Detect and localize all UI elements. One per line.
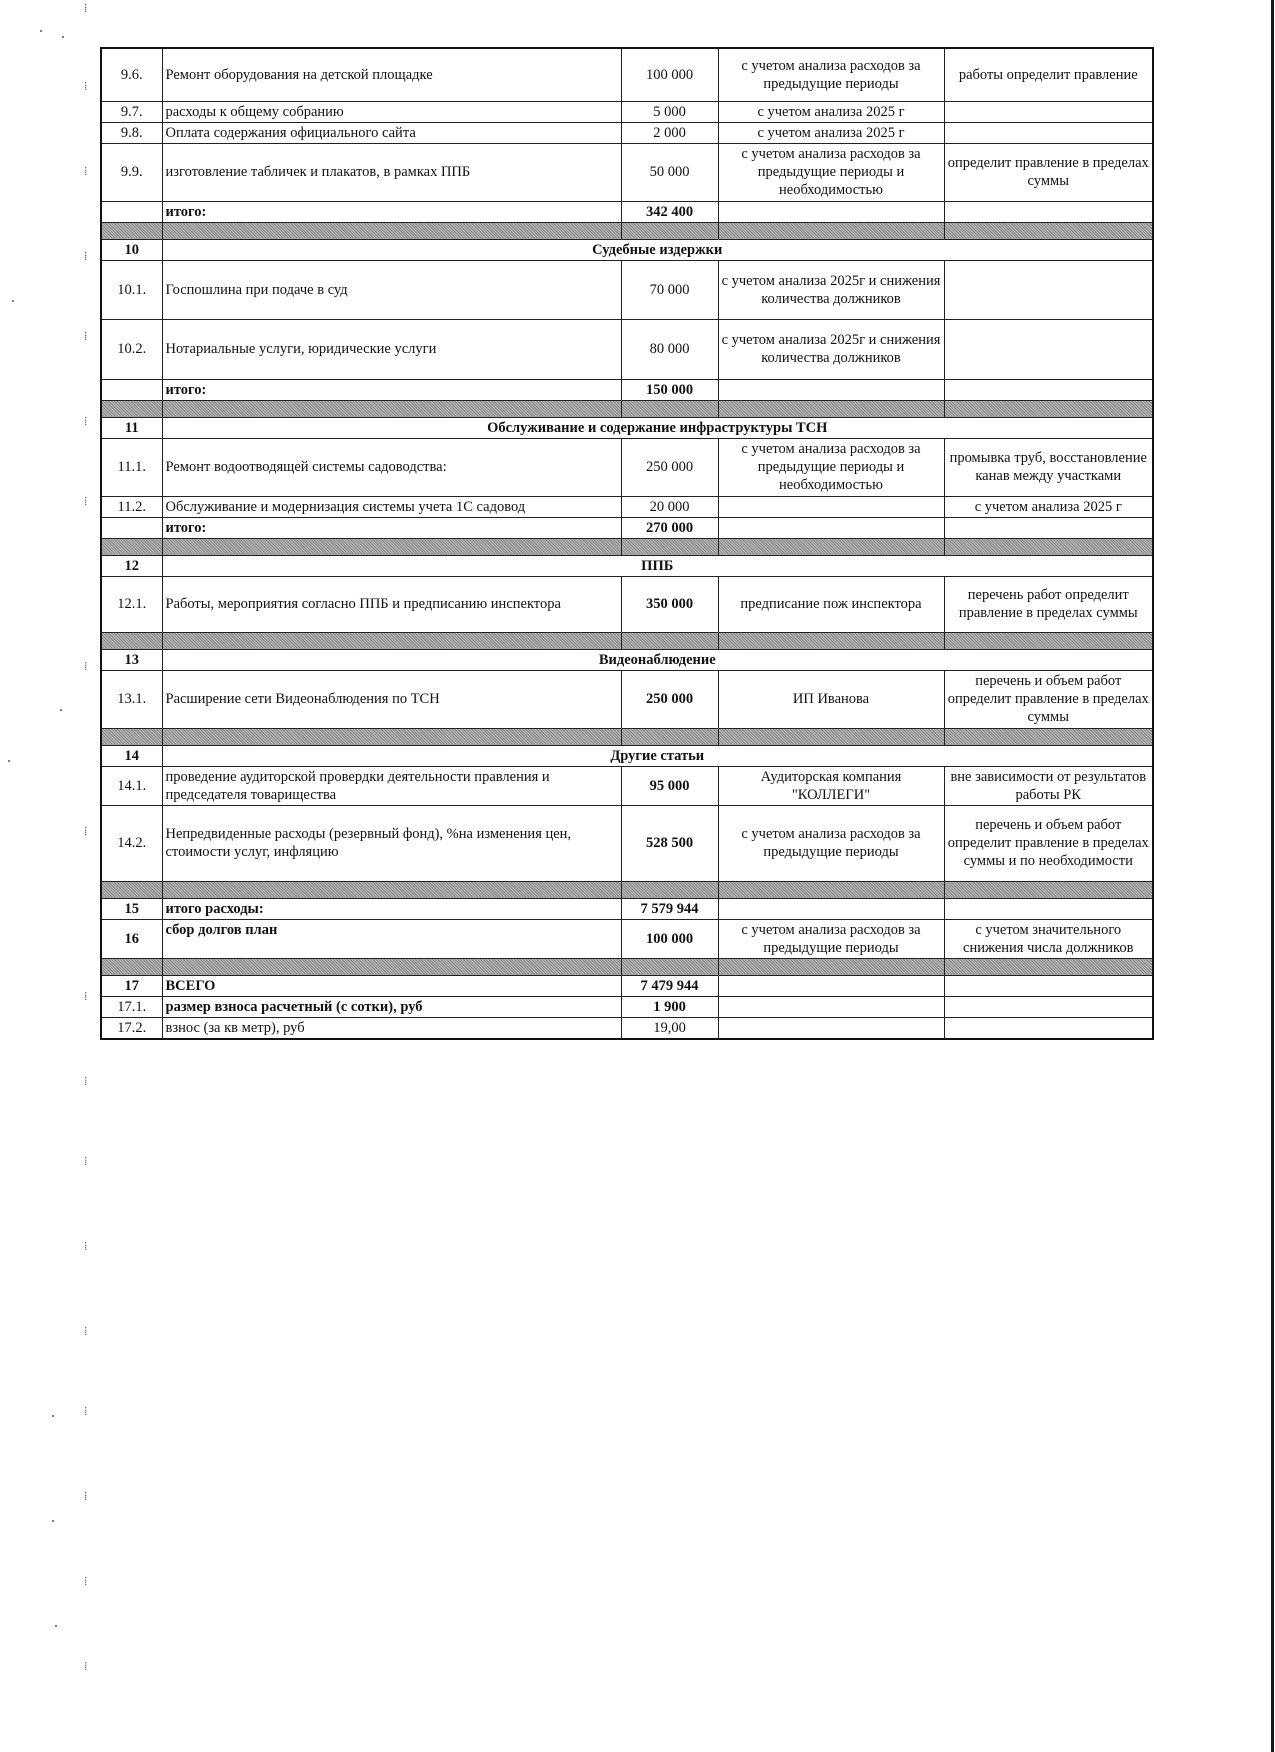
scan-artifact: ⁞ bbox=[84, 1155, 89, 1167]
item-note bbox=[944, 319, 1153, 379]
shaded-cell bbox=[101, 728, 162, 745]
item-basis bbox=[718, 379, 944, 400]
budget-table-body: 9.6.Ремонт оборудования на детской площа… bbox=[101, 48, 1153, 1039]
scan-artifact: ⁞ bbox=[84, 990, 89, 1002]
item-name: итого: bbox=[162, 379, 621, 400]
subtotal-row: итого:342 400 bbox=[101, 201, 1153, 222]
item-note bbox=[944, 379, 1153, 400]
item-name: ВСЕГО bbox=[162, 975, 621, 996]
table-row: 11.1.Ремонт водоотводящей системы садово… bbox=[101, 438, 1153, 496]
item-basis: с учетом анализа 2025 г bbox=[718, 122, 944, 143]
item-basis bbox=[718, 996, 944, 1017]
item-amount: 2 000 bbox=[621, 122, 718, 143]
subtotal-row: итого:270 000 bbox=[101, 517, 1153, 538]
section-header-row: 12ППБ bbox=[101, 555, 1153, 576]
shaded-separator-row bbox=[101, 538, 1153, 555]
shaded-cell bbox=[944, 632, 1153, 649]
summary-row: 15итого расходы:7 579 944 bbox=[101, 898, 1153, 919]
item-amount: 20 000 bbox=[621, 496, 718, 517]
shaded-cell bbox=[718, 632, 944, 649]
shaded-cell bbox=[101, 538, 162, 555]
item-note: перечень и объем работ определит правлен… bbox=[944, 670, 1153, 728]
item-basis: Аудиторская компания "КОЛЛЕГИ" bbox=[718, 766, 944, 805]
scan-artifact: ⁞ bbox=[84, 1405, 89, 1417]
item-amount: 80 000 bbox=[621, 319, 718, 379]
shaded-cell bbox=[621, 632, 718, 649]
shaded-cell bbox=[718, 538, 944, 555]
item-amount: 528 500 bbox=[621, 805, 718, 881]
item-note bbox=[944, 517, 1153, 538]
item-basis: с учетом анализа расходов за предыдущие … bbox=[718, 805, 944, 881]
item-note: перечень и объем работ определит правлен… bbox=[944, 805, 1153, 881]
item-note bbox=[944, 975, 1153, 996]
item-amount: 342 400 bbox=[621, 201, 718, 222]
shaded-cell bbox=[101, 958, 162, 975]
scan-artifact: ⁞ bbox=[84, 165, 89, 177]
scan-artifact: ⁞ bbox=[84, 1490, 89, 1502]
row-number: 17.2. bbox=[101, 1017, 162, 1039]
shaded-cell bbox=[718, 222, 944, 239]
shaded-separator-row bbox=[101, 728, 1153, 745]
row-number: 17.1. bbox=[101, 996, 162, 1017]
item-amount: 100 000 bbox=[621, 48, 718, 101]
item-name: итого: bbox=[162, 201, 621, 222]
item-note: вне зависимости от результатов работы РК bbox=[944, 766, 1153, 805]
table-row: 9.8.Оплата содержания официального сайта… bbox=[101, 122, 1153, 143]
row-number: 12.1. bbox=[101, 576, 162, 632]
item-basis bbox=[718, 517, 944, 538]
table-row: 9.6.Ремонт оборудования на детской площа… bbox=[101, 48, 1153, 101]
summary-row: 17.1.размер взноса расчетный (с сотки), … bbox=[101, 996, 1153, 1017]
item-amount: 7 579 944 bbox=[621, 898, 718, 919]
scan-speck bbox=[60, 709, 62, 711]
item-amount: 150 000 bbox=[621, 379, 718, 400]
item-amount: 7 479 944 bbox=[621, 975, 718, 996]
item-note: с учетом анализа 2025 г bbox=[944, 496, 1153, 517]
table-row: 14.1.проведение аудиторской провердки де… bbox=[101, 766, 1153, 805]
shaded-cell bbox=[944, 958, 1153, 975]
table-row: 10.1.Госпошлина при подаче в суд70 000с … bbox=[101, 260, 1153, 319]
item-amount: 250 000 bbox=[621, 438, 718, 496]
shaded-cell bbox=[621, 958, 718, 975]
section-number: 13 bbox=[101, 649, 162, 670]
summary-row: 16сбор долгов план100 000с учетом анализ… bbox=[101, 919, 1153, 958]
shaded-cell bbox=[621, 881, 718, 898]
shaded-cell bbox=[162, 728, 621, 745]
scan-artifact: ⁞ bbox=[84, 495, 89, 507]
item-amount: 250 000 bbox=[621, 670, 718, 728]
row-number: 15 bbox=[101, 898, 162, 919]
item-basis bbox=[718, 201, 944, 222]
scan-artifact: ⁞ bbox=[84, 1575, 89, 1587]
table-row: 9.7.расходы к общему собранию5 000с учет… bbox=[101, 101, 1153, 122]
scan-speck bbox=[40, 30, 42, 32]
scan-artifact: ⁞ bbox=[84, 825, 89, 837]
section-title: Видеонаблюдение bbox=[162, 649, 1153, 670]
scan-artifact: ⁞ bbox=[84, 415, 89, 427]
shaded-cell bbox=[621, 538, 718, 555]
item-name: Оплата содержания официального сайта bbox=[162, 122, 621, 143]
item-note bbox=[944, 1017, 1153, 1039]
shaded-separator-row bbox=[101, 222, 1153, 239]
section-title: Обслуживание и содержание инфраструктуры… bbox=[162, 417, 1153, 438]
table-row: 12.1.Работы, мероприятия согласно ППБ и … bbox=[101, 576, 1153, 632]
item-note bbox=[944, 996, 1153, 1017]
shaded-cell bbox=[162, 222, 621, 239]
shaded-cell bbox=[621, 222, 718, 239]
item-basis: с учетом анализа 2025г и снижения количе… bbox=[718, 319, 944, 379]
section-number: 11 bbox=[101, 417, 162, 438]
item-basis: с учетом анализа расходов за предыдущие … bbox=[718, 438, 944, 496]
item-basis: предписание пож инспектора bbox=[718, 576, 944, 632]
section-header-row: 14Другие статьи bbox=[101, 745, 1153, 766]
row-number: 16 bbox=[101, 919, 162, 958]
shaded-cell bbox=[101, 632, 162, 649]
item-name: размер взноса расчетный (с сотки), руб bbox=[162, 996, 621, 1017]
item-note: работы определит правление bbox=[944, 48, 1153, 101]
item-name: взнос (за кв метр), руб bbox=[162, 1017, 621, 1039]
section-title: Судебные издержки bbox=[162, 239, 1153, 260]
shaded-cell bbox=[162, 632, 621, 649]
scan-page-edge bbox=[1271, 0, 1274, 1752]
scan-speck bbox=[8, 760, 10, 762]
row-number: 9.7. bbox=[101, 101, 162, 122]
shaded-cell bbox=[101, 222, 162, 239]
scan-speck bbox=[62, 36, 64, 38]
scan-speck bbox=[52, 1520, 54, 1522]
item-note bbox=[944, 101, 1153, 122]
shaded-cell bbox=[101, 881, 162, 898]
scan-artifact: ⁞ bbox=[84, 1660, 89, 1672]
scan-speck bbox=[55, 1625, 57, 1627]
item-name: расходы к общему собранию bbox=[162, 101, 621, 122]
item-basis bbox=[718, 898, 944, 919]
row-number bbox=[101, 201, 162, 222]
item-name: Непредвиденные расходы (резервный фонд),… bbox=[162, 805, 621, 881]
shaded-cell bbox=[621, 728, 718, 745]
scan-speck bbox=[12, 300, 14, 302]
shaded-cell bbox=[718, 881, 944, 898]
scan-artifact: ⁞ bbox=[84, 1075, 89, 1087]
item-note: с учетом значительного снижения числа до… bbox=[944, 919, 1153, 958]
row-number: 10.2. bbox=[101, 319, 162, 379]
item-name: Госпошлина при подаче в суд bbox=[162, 260, 621, 319]
scan-artifact: ⁞ bbox=[84, 250, 89, 262]
row-number bbox=[101, 517, 162, 538]
row-number: 13.1. bbox=[101, 670, 162, 728]
item-name: Нотариальные услуги, юридические услуги bbox=[162, 319, 621, 379]
scan-artifact: ⁞ bbox=[84, 330, 89, 342]
item-basis: с учетом анализа 2025 г bbox=[718, 101, 944, 122]
item-amount: 350 000 bbox=[621, 576, 718, 632]
item-amount: 95 000 bbox=[621, 766, 718, 805]
shaded-cell bbox=[944, 728, 1153, 745]
table-row: 14.2.Непредвиденные расходы (резервный ф… bbox=[101, 805, 1153, 881]
section-header-row: 10Судебные издержки bbox=[101, 239, 1153, 260]
row-number bbox=[101, 379, 162, 400]
item-name: Ремонт водоотводящей системы садоводства… bbox=[162, 438, 621, 496]
shaded-cell bbox=[944, 222, 1153, 239]
table-row: 13.1.Расширение сети Видеонаблюдения по … bbox=[101, 670, 1153, 728]
shaded-cell bbox=[162, 958, 621, 975]
scan-artifact: ⁞ bbox=[84, 1240, 89, 1252]
scan-artifact: ⁞ bbox=[84, 660, 89, 672]
row-number: 14.2. bbox=[101, 805, 162, 881]
scan-speck bbox=[52, 1415, 54, 1417]
row-number: 9.9. bbox=[101, 143, 162, 201]
item-amount: 19,00 bbox=[621, 1017, 718, 1039]
item-basis: с учетом анализа расходов за предыдущие … bbox=[718, 919, 944, 958]
item-basis: ИП Иванова bbox=[718, 670, 944, 728]
shaded-cell bbox=[162, 881, 621, 898]
row-number: 11.2. bbox=[101, 496, 162, 517]
item-name: Работы, мероприятия согласно ППБ и предп… bbox=[162, 576, 621, 632]
item-note: определит правление в пределах суммы bbox=[944, 143, 1153, 201]
shaded-cell bbox=[718, 728, 944, 745]
section-header-row: 13Видеонаблюдение bbox=[101, 649, 1153, 670]
item-amount: 5 000 bbox=[621, 101, 718, 122]
section-number: 12 bbox=[101, 555, 162, 576]
scan-artifact: ⁞ bbox=[84, 80, 89, 92]
row-number: 11.1. bbox=[101, 438, 162, 496]
item-basis: с учетом анализа расходов за предыдущие … bbox=[718, 48, 944, 101]
scan-artifact: ⁞ bbox=[84, 1325, 89, 1337]
item-name: изготовление табличек и плакатов, в рамк… bbox=[162, 143, 621, 201]
item-note bbox=[944, 201, 1153, 222]
item-basis: с учетом анализа расходов за предыдущие … bbox=[718, 143, 944, 201]
item-name: итого: bbox=[162, 517, 621, 538]
item-name: Ремонт оборудования на детской площадке bbox=[162, 48, 621, 101]
item-name: проведение аудиторской провердки деятель… bbox=[162, 766, 621, 805]
item-basis bbox=[718, 496, 944, 517]
item-amount: 270 000 bbox=[621, 517, 718, 538]
summary-row: 17ВСЕГО7 479 944 bbox=[101, 975, 1153, 996]
row-number: 9.6. bbox=[101, 48, 162, 101]
section-number: 14 bbox=[101, 745, 162, 766]
shaded-cell bbox=[718, 400, 944, 417]
shaded-separator-row bbox=[101, 400, 1153, 417]
shaded-cell bbox=[944, 538, 1153, 555]
shaded-cell bbox=[718, 958, 944, 975]
item-amount: 100 000 bbox=[621, 919, 718, 958]
item-amount: 70 000 bbox=[621, 260, 718, 319]
section-title: ППБ bbox=[162, 555, 1153, 576]
row-number: 9.8. bbox=[101, 122, 162, 143]
budget-estimate-table: 9.6.Ремонт оборудования на детской площа… bbox=[100, 47, 1154, 1040]
item-note bbox=[944, 898, 1153, 919]
item-basis bbox=[718, 1017, 944, 1039]
shaded-cell bbox=[944, 881, 1153, 898]
item-name: Расширение сети Видеонаблюдения по ТСН bbox=[162, 670, 621, 728]
item-amount: 1 900 bbox=[621, 996, 718, 1017]
row-number: 10.1. bbox=[101, 260, 162, 319]
shaded-cell bbox=[162, 538, 621, 555]
item-note bbox=[944, 260, 1153, 319]
item-note bbox=[944, 122, 1153, 143]
table-row: 10.2.Нотариальные услуги, юридические ус… bbox=[101, 319, 1153, 379]
shaded-cell bbox=[944, 400, 1153, 417]
item-basis bbox=[718, 975, 944, 996]
shaded-separator-row bbox=[101, 881, 1153, 898]
item-name: итого расходы: bbox=[162, 898, 621, 919]
subtotal-row: итого:150 000 bbox=[101, 379, 1153, 400]
shaded-cell bbox=[101, 400, 162, 417]
shaded-cell bbox=[162, 400, 621, 417]
shaded-separator-row bbox=[101, 958, 1153, 975]
item-amount: 50 000 bbox=[621, 143, 718, 201]
shaded-separator-row bbox=[101, 632, 1153, 649]
scan-artifact: ⁞ bbox=[84, 2, 89, 14]
item-note: перечень работ определит правление в пре… bbox=[944, 576, 1153, 632]
row-number: 17 bbox=[101, 975, 162, 996]
section-number: 10 bbox=[101, 239, 162, 260]
table-row: 11.2.Обслуживание и модернизация системы… bbox=[101, 496, 1153, 517]
shaded-cell bbox=[621, 400, 718, 417]
item-basis: с учетом анализа 2025г и снижения количе… bbox=[718, 260, 944, 319]
item-name: сбор долгов план bbox=[162, 919, 621, 958]
section-header-row: 11Обслуживание и содержание инфраструкту… bbox=[101, 417, 1153, 438]
item-note: промывка труб, восстановление канав межд… bbox=[944, 438, 1153, 496]
row-number: 14.1. bbox=[101, 766, 162, 805]
table-row: 9.9.изготовление табличек и плакатов, в … bbox=[101, 143, 1153, 201]
section-title: Другие статьи bbox=[162, 745, 1153, 766]
item-name: Обслуживание и модернизация системы учет… bbox=[162, 496, 621, 517]
table-row: 17.2.взнос (за кв метр), руб19,00 bbox=[101, 1017, 1153, 1039]
